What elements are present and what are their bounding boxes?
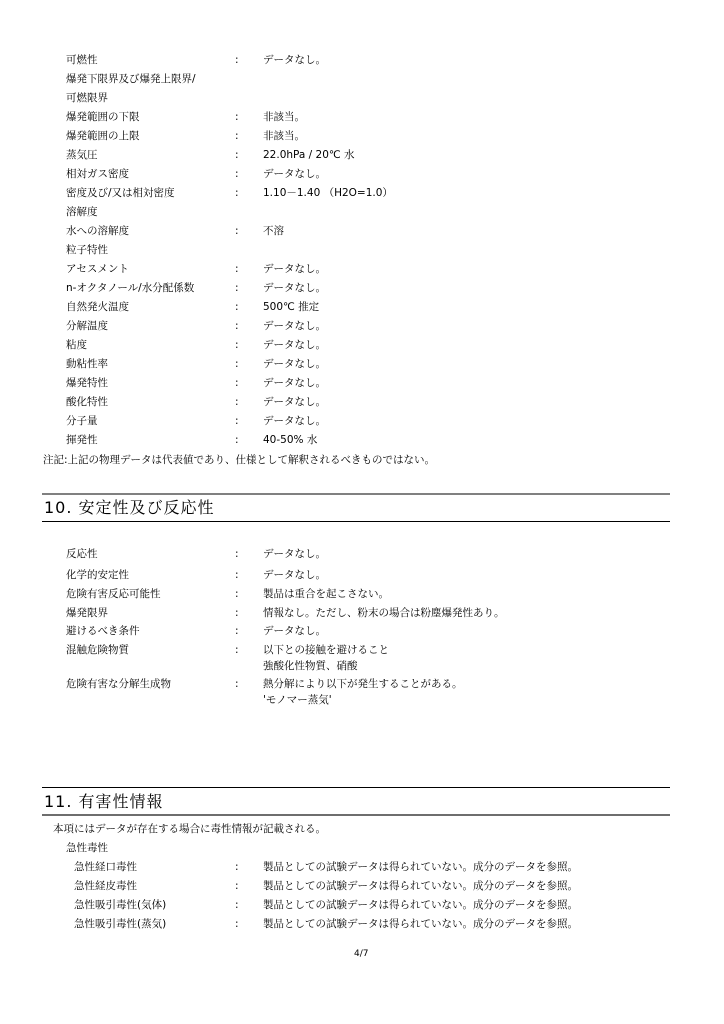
property-row: n-オクタノール/水分配係数 : データなし。: [0, 279, 724, 298]
property-value: データなし。: [263, 355, 326, 374]
separator: :: [235, 374, 239, 393]
toxicity-value: 製品としての試験データは得られていない。成分のデータを参照。: [263, 896, 578, 915]
property-label: アセスメント: [66, 260, 129, 279]
property-value: データなし。: [263, 545, 326, 564]
separator: :: [235, 431, 239, 450]
property-row: 避けるべき条件 : データなし。: [0, 622, 724, 641]
toxicity-label: 急性吸引毒性(気体): [74, 896, 166, 915]
property-value: 不溶: [263, 222, 284, 241]
property-row: 危険有害反応可能性 : 製品は重合を起こさない。: [0, 585, 724, 604]
property-label: 可燃性: [66, 51, 98, 70]
property-label: 揮発性: [66, 431, 98, 450]
property-row: 揮発性 : 40-50% 水: [0, 431, 724, 450]
separator: :: [235, 127, 239, 146]
property-value: 情報なし。ただし、粉末の場合は粉塵爆発性あり。: [263, 604, 505, 623]
property-label: 水への溶解度: [66, 222, 129, 241]
property-row: 粒子特性: [0, 241, 724, 260]
property-label: 危険有害反応可能性: [66, 585, 161, 604]
property-label: 爆発範囲の上限: [66, 127, 140, 146]
separator: :: [235, 566, 239, 585]
property-row: 蒸気圧 : 22.0hPa / 20℃ 水: [0, 146, 724, 165]
separator: :: [235, 355, 239, 374]
property-label: 爆発範囲の下限: [66, 108, 140, 127]
separator: :: [235, 412, 239, 431]
property-label: 溶解度: [66, 203, 98, 222]
toxicity-label: 急性経口毒性: [74, 858, 137, 877]
toxicity-row: 急性経皮毒性 : 製品としての試験データは得られていない。成分のデータを参照。: [0, 877, 724, 896]
section-11-title: 11. 有害性情報: [44, 789, 164, 815]
property-row: 分子量 : データなし。: [0, 412, 724, 431]
property-value: 非該当。: [263, 127, 305, 146]
property-row: 可燃限界: [0, 89, 724, 108]
property-label: 自然発火温度: [66, 298, 129, 317]
property-row: 溶解度: [0, 203, 724, 222]
property-value: 1.10－1.40 （H2O=1.0）: [263, 184, 393, 203]
separator: :: [235, 317, 239, 336]
separator: :: [235, 146, 239, 165]
property-label: 分子量: [66, 412, 98, 431]
property-row: 自然発火温度 : 500℃ 推定: [0, 298, 724, 317]
property-label: 可燃限界: [66, 89, 108, 108]
separator: :: [235, 622, 239, 641]
property-row: 粘度 : データなし。: [0, 336, 724, 355]
separator: :: [235, 604, 239, 623]
property-row: 酸化特性 : データなし。: [0, 393, 724, 412]
page-number: 4/7: [354, 947, 368, 961]
property-row: 分解温度 : データなし。: [0, 317, 724, 336]
toxicity-value: 製品としての試験データは得られていない。成分のデータを参照。: [263, 877, 578, 896]
property-label: 動粘性率: [66, 355, 108, 374]
property-value: データなし。: [263, 165, 326, 184]
property-row: 爆発限界 : 情報なし。ただし、粉末の場合は粉塵爆発性あり。: [0, 604, 724, 623]
property-value: 40-50% 水: [263, 431, 317, 450]
separator: :: [235, 260, 239, 279]
section-bottom-rule: [42, 521, 670, 522]
property-value: データなし。: [263, 51, 326, 70]
property-row-continuation: 強酸化性物質、硝酸: [0, 657, 724, 676]
separator: :: [235, 279, 239, 298]
physical-data-note: 注記:上記の物理データは代表値であり、仕様として解釈されるべきものではない。: [43, 451, 435, 470]
toxicity-label: 急性経皮毒性: [74, 877, 137, 896]
separator: :: [235, 858, 239, 877]
separator: :: [235, 336, 239, 355]
property-row: 反応性 : データなし。: [0, 545, 724, 564]
property-row: 密度及び/又は相対密度 : 1.10－1.40 （H2O=1.0）: [0, 184, 724, 203]
property-label: 相対ガス密度: [66, 165, 129, 184]
toxicity-value: 製品としての試験データは得られていない。成分のデータを参照。: [263, 858, 578, 877]
property-row: 爆発範囲の下限 : 非該当。: [0, 108, 724, 127]
property-value: データなし。: [263, 622, 326, 641]
property-value: 500℃ 推定: [263, 298, 319, 317]
property-row: 可燃性 : データなし。: [0, 51, 724, 70]
property-value: 非該当。: [263, 108, 305, 127]
separator: :: [235, 585, 239, 604]
property-row: 爆発範囲の上限 : 非該当。: [0, 127, 724, 146]
property-row-continuation: 'モノマー蒸気': [0, 691, 724, 710]
property-label: 化学的安定性: [66, 566, 129, 585]
property-label: 爆発特性: [66, 374, 108, 393]
separator: :: [235, 298, 239, 317]
property-value: データなし。: [263, 374, 326, 393]
toxicity-row: 急性吸引毒性(気体) : 製品としての試験データは得られていない。成分のデータを…: [0, 896, 724, 915]
separator: :: [235, 896, 239, 915]
property-label: 分解温度: [66, 317, 108, 336]
separator: :: [235, 877, 239, 896]
property-value: データなし。: [263, 279, 326, 298]
property-value: データなし。: [263, 336, 326, 355]
separator: :: [235, 165, 239, 184]
property-value: 22.0hPa / 20℃ 水: [263, 146, 355, 165]
separator: :: [235, 393, 239, 412]
property-value: データなし。: [263, 260, 326, 279]
separator: :: [235, 545, 239, 564]
property-label: 反応性: [66, 545, 98, 564]
separator: :: [235, 108, 239, 127]
property-label: 避けるべき条件: [66, 622, 140, 641]
separator: :: [235, 51, 239, 70]
property-label: 粘度: [66, 336, 87, 355]
toxicity-value: 製品としての試験データは得られていない。成分のデータを参照。: [263, 915, 578, 934]
property-label: n-オクタノール/水分配係数: [66, 279, 194, 298]
section-intro-text: 本項にはデータが存在する場合に毒性情報が記載される。: [53, 820, 326, 839]
property-label: 蒸気圧: [66, 146, 98, 165]
property-value: 製品は重合を起こさない。: [263, 585, 389, 604]
property-label: 爆発下限界及び爆発上限界/: [66, 70, 196, 89]
property-label: 酸化特性: [66, 393, 108, 412]
toxicity-label: 急性吸引毒性(蒸気): [74, 915, 166, 934]
section-bottom-rule: [42, 814, 670, 816]
property-value: データなし。: [263, 393, 326, 412]
property-value: 'モノマー蒸気': [263, 691, 332, 710]
property-value: データなし。: [263, 412, 326, 431]
separator: :: [235, 222, 239, 241]
property-row: 水への溶解度 : 不溶: [0, 222, 724, 241]
property-label: 粒子特性: [66, 241, 108, 260]
property-row: 化学的安定性 : データなし。: [0, 566, 724, 585]
property-label: 爆発限界: [66, 604, 108, 623]
separator: :: [235, 184, 239, 203]
toxicity-row: 急性吸引毒性(蒸気) : 製品としての試験データは得られていない。成分のデータを…: [0, 915, 724, 934]
property-row: 爆発特性 : データなし。: [0, 374, 724, 393]
property-row: 相対ガス密度 : データなし。: [0, 165, 724, 184]
property-value: データなし。: [263, 566, 326, 585]
property-value: 強酸化性物質、硝酸: [263, 657, 358, 676]
toxicity-row: 急性経口毒性 : 製品としての試験データは得られていない。成分のデータを参照。: [0, 858, 724, 877]
property-row: 爆発下限界及び爆発上限界/: [0, 70, 724, 89]
section-10-title: 10. 安定性及び反応性: [44, 495, 215, 521]
subheading-acute-toxicity: 急性毒性: [66, 839, 108, 858]
property-value: データなし。: [263, 317, 326, 336]
separator: :: [235, 915, 239, 934]
property-row: 動粘性率 : データなし。: [0, 355, 724, 374]
property-label: 密度及び/又は相対密度: [66, 184, 175, 203]
section-top-rule: [42, 787, 670, 788]
property-row: アセスメント : データなし。: [0, 260, 724, 279]
